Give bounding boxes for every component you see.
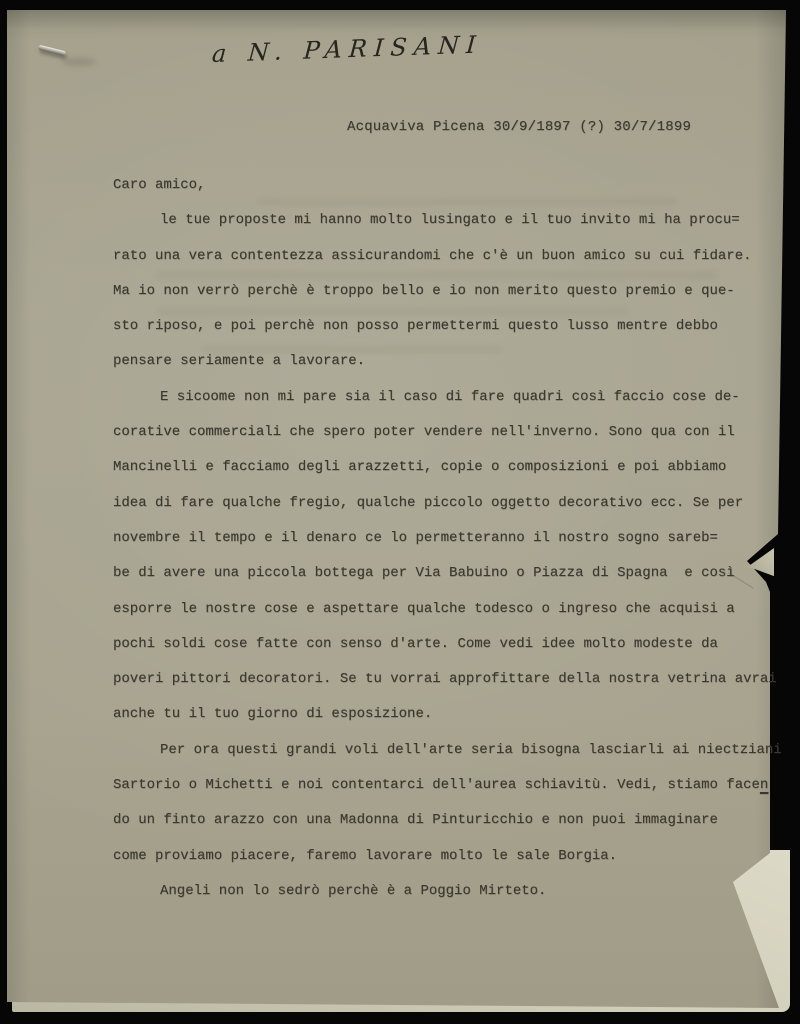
staple-shadow [62, 58, 96, 66]
dateline: Acquaviva Picena 30/9/1897 (?) 30/7/1899 [347, 119, 691, 135]
letter-line: anche tu il tuo giorno di esposizione. [113, 697, 781, 732]
letter-line: do un finto arazzo con una Madonna di Pi… [113, 803, 781, 838]
letter-line: le tue proposte mi hanno molto lusingato… [113, 203, 781, 238]
letter-line: E sicoome non mi pare sia il caso di far… [113, 380, 781, 415]
letter-line: poveri pittori decoratori. Se tu vorrai … [113, 662, 781, 697]
letter-line: idea di fare qualche fregio, qualche pic… [113, 486, 781, 521]
letter-line: rato una vera contentezza assicurandomi … [113, 239, 781, 274]
letter-line: come proviamo piacere, faremo lavorare m… [113, 839, 781, 874]
letter-line: pochi soldi cose fatte con senso d'arte.… [113, 627, 781, 662]
letter-line: novembre il tempo e il denaro ce lo perm… [113, 521, 781, 556]
letter-line: Caro amico, [113, 168, 781, 203]
letter-line: Angeli non lo sedrò perchè è a Poggio Mi… [113, 874, 781, 909]
letter-line: Sartorio o Michetti e noi contentarci de… [113, 768, 781, 803]
letter-line: esporre le nostre cose e aspettare qualc… [113, 592, 781, 627]
letter-line: sto riposo, e poi perchè non posso perme… [113, 309, 781, 344]
letter-body: Caro amico,le tue proposte mi hanno molt… [113, 168, 781, 909]
letter-line: be di avere una piccola bottega per Via … [113, 556, 781, 591]
underlined-char: n [760, 777, 768, 793]
letter-line: Mancinelli e facciamo degli arazzetti, c… [113, 450, 781, 485]
letter-line: pensare seriamente a lavorare. [113, 344, 781, 379]
letter-line: Ma io non verrò perchè è troppo bello e … [113, 274, 781, 309]
letter-line: corative commerciali che spero poter ven… [113, 415, 781, 450]
letter-line: Per ora questi grandi voli dell'arte ser… [113, 733, 781, 768]
